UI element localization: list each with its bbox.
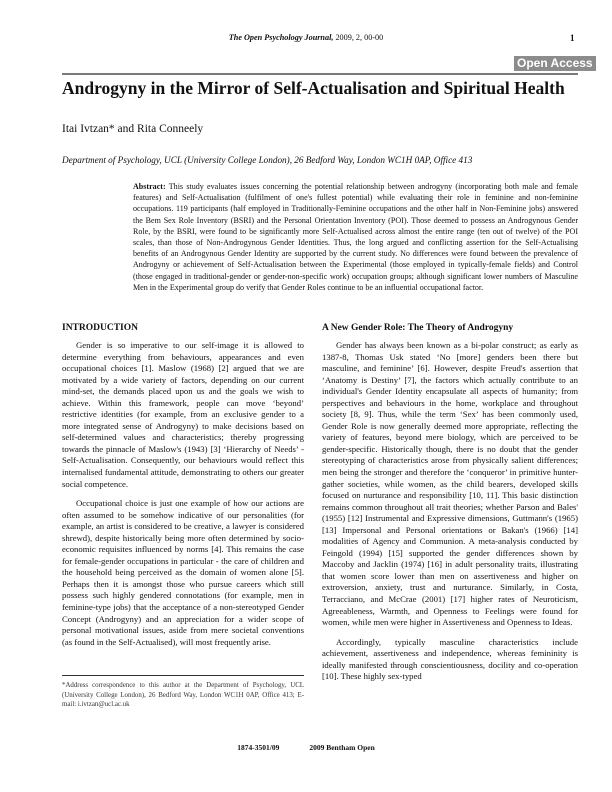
section-heading-androgyny-theory: A New Gender Role: The Theory of Androgy…: [322, 322, 578, 334]
section-heading-introduction: INTRODUCTION: [62, 322, 304, 334]
page-footer: 1874-3501/092009 Bentham Open: [0, 743, 612, 752]
abstract-label: Abstract:: [133, 182, 166, 191]
author-affiliation: Department of Psychology, UCL (Universit…: [62, 155, 472, 165]
left-column: INTRODUCTION Gender is so imperative to …: [62, 322, 304, 656]
issn: 1874-3501/09: [237, 743, 279, 752]
paragraph: Gender has always been known as a bi-pol…: [322, 340, 578, 629]
journal-citation: 2009, 2, 00-00: [333, 33, 383, 42]
copyright: 2009 Bentham Open: [309, 743, 374, 752]
paragraph: Accordingly, typically masculine charact…: [322, 637, 578, 683]
paragraph: Gender is so imperative to our self-imag…: [62, 340, 304, 490]
abstract: Abstract: This study evaluates issues co…: [133, 181, 578, 293]
paragraph: Occupational choice is just one example …: [62, 498, 304, 648]
open-access-badge: Open Access: [514, 56, 596, 71]
article-title: Androgyny in the Mirror of Self-Actualis…: [62, 78, 565, 99]
header-rule: [62, 73, 578, 75]
abstract-text: This study evaluates issues concerning t…: [133, 182, 578, 292]
page-number: 1: [570, 33, 575, 43]
footnote-rule: [62, 675, 304, 676]
running-head: The Open Psychology Journal, 2009, 2, 00…: [0, 33, 612, 42]
journal-name: The Open Psychology Journal,: [229, 33, 334, 42]
article-authors: Itai Ivtzan* and Rita Conneely: [62, 123, 203, 135]
right-column: A New Gender Role: The Theory of Androgy…: [322, 322, 578, 691]
correspondence-footnote: *Address correspondence to this author a…: [62, 681, 304, 710]
